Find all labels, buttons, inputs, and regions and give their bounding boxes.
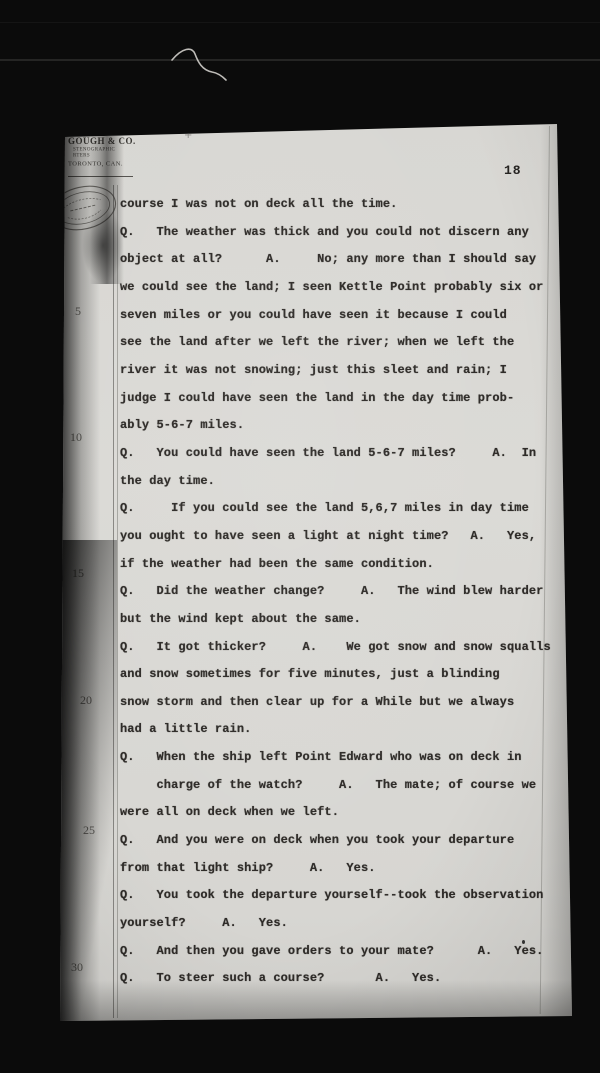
margin-line-number-30: 30: [71, 960, 83, 975]
letterhead-line3: RTERS: [73, 152, 113, 156]
transcript-line: judge I could have seen the land in the …: [120, 385, 560, 413]
transcript-line: snow storm and then clear up for a While…: [120, 689, 560, 717]
transcript-line: seven miles or you could have seen it be…: [120, 302, 560, 330]
transcript-line: yourself? A. Yes.: [120, 910, 560, 938]
transcript-line: we could see the land; I seen Kettle Poi…: [120, 274, 560, 302]
letterhead-rule: [68, 176, 133, 177]
left-lower-shadow: [55, 540, 117, 1022]
page-number: 18: [504, 163, 522, 178]
margin-line-number-10: 10: [70, 430, 82, 445]
margin-line-number-5: 5: [75, 304, 81, 319]
letterhead-city: TORONTO, CAN.: [68, 160, 124, 167]
transcript-line: if the weather had been the same conditi…: [120, 551, 560, 579]
margin-rule-line-2: [117, 185, 118, 1018]
document-page: GOUGH & CO. STENOGRAPHIC RTERS TORONTO, …: [0, 0, 600, 1073]
transcript-line: the day time.: [120, 468, 560, 496]
transcript-line: see the land after we left the river; wh…: [120, 329, 560, 357]
transcript-line: charge of the watch? A. The mate; of cou…: [120, 772, 560, 800]
transcript-line: Q. When the ship left Point Edward who w…: [120, 744, 560, 772]
transcript-line: Q. If you could see the land 5,6,7 miles…: [120, 495, 560, 523]
transcript-line: and snow sometimes for five minutes, jus…: [120, 661, 560, 689]
transcript-line: from that light ship? A. Yes.: [120, 855, 560, 883]
letterhead-line2: STENOGRAPHIC: [73, 146, 113, 150]
scan-scratch-line: [0, 59, 600, 61]
letterhead: GOUGH & CO. STENOGRAPHIC RTERS TORONTO, …: [68, 136, 138, 169]
transcript-line: Q. Did the weather change? A. The wind b…: [120, 578, 560, 606]
transcript-line: ably 5-6-7 miles.: [120, 412, 560, 440]
transcript-line: Q. And you were on deck when you took yo…: [120, 827, 560, 855]
scratch-mark-icon: [168, 44, 232, 88]
margin-rule-line: [113, 185, 114, 1018]
oval-stamp-icon: [44, 180, 122, 236]
margin-line-number-15: 15: [72, 566, 84, 581]
transcript-line: object at all? A. No; any more than I sh…: [120, 246, 560, 274]
transcript-line: Q. You took the departure yourself--took…: [120, 882, 560, 910]
transcript-line: you ought to have seen a light at night …: [120, 523, 560, 551]
letterhead-company: GOUGH & CO.: [68, 136, 138, 146]
transcript-line: Q. You could have seen the land 5-6-7 mi…: [120, 440, 560, 468]
transcript-line: Q. To steer such a course? A. Yes.: [120, 965, 560, 993]
margin-line-number-25: 25: [83, 823, 95, 838]
transcript-line: had a little rain.: [120, 716, 560, 744]
transcript-line: Q. The weather was thick and you could n…: [120, 219, 560, 247]
transcript-line: were all on deck when we left.: [120, 799, 560, 827]
transcript-line: Q. And then you gave orders to your mate…: [120, 938, 560, 966]
ink-speck: [522, 940, 525, 944]
transcript-line: Q. It got thicker? A. We got snow and sn…: [120, 634, 560, 662]
scanned-transcript-page: GOUGH & CO. STENOGRAPHIC RTERS TORONTO, …: [0, 0, 600, 1073]
margin-line-number-20: 20: [80, 693, 92, 708]
transcript-line: course I was not on deck all the time.: [120, 191, 560, 219]
transcript-body: course I was not on deck all the time. Q…: [120, 191, 560, 993]
transcript-line: river it was not snowing; just this slee…: [120, 357, 560, 385]
scan-scratch-line-faint: [0, 22, 600, 23]
transcript-line: but the wind kept about the same.: [120, 606, 560, 634]
registration-plus-mark: +: [184, 130, 192, 141]
